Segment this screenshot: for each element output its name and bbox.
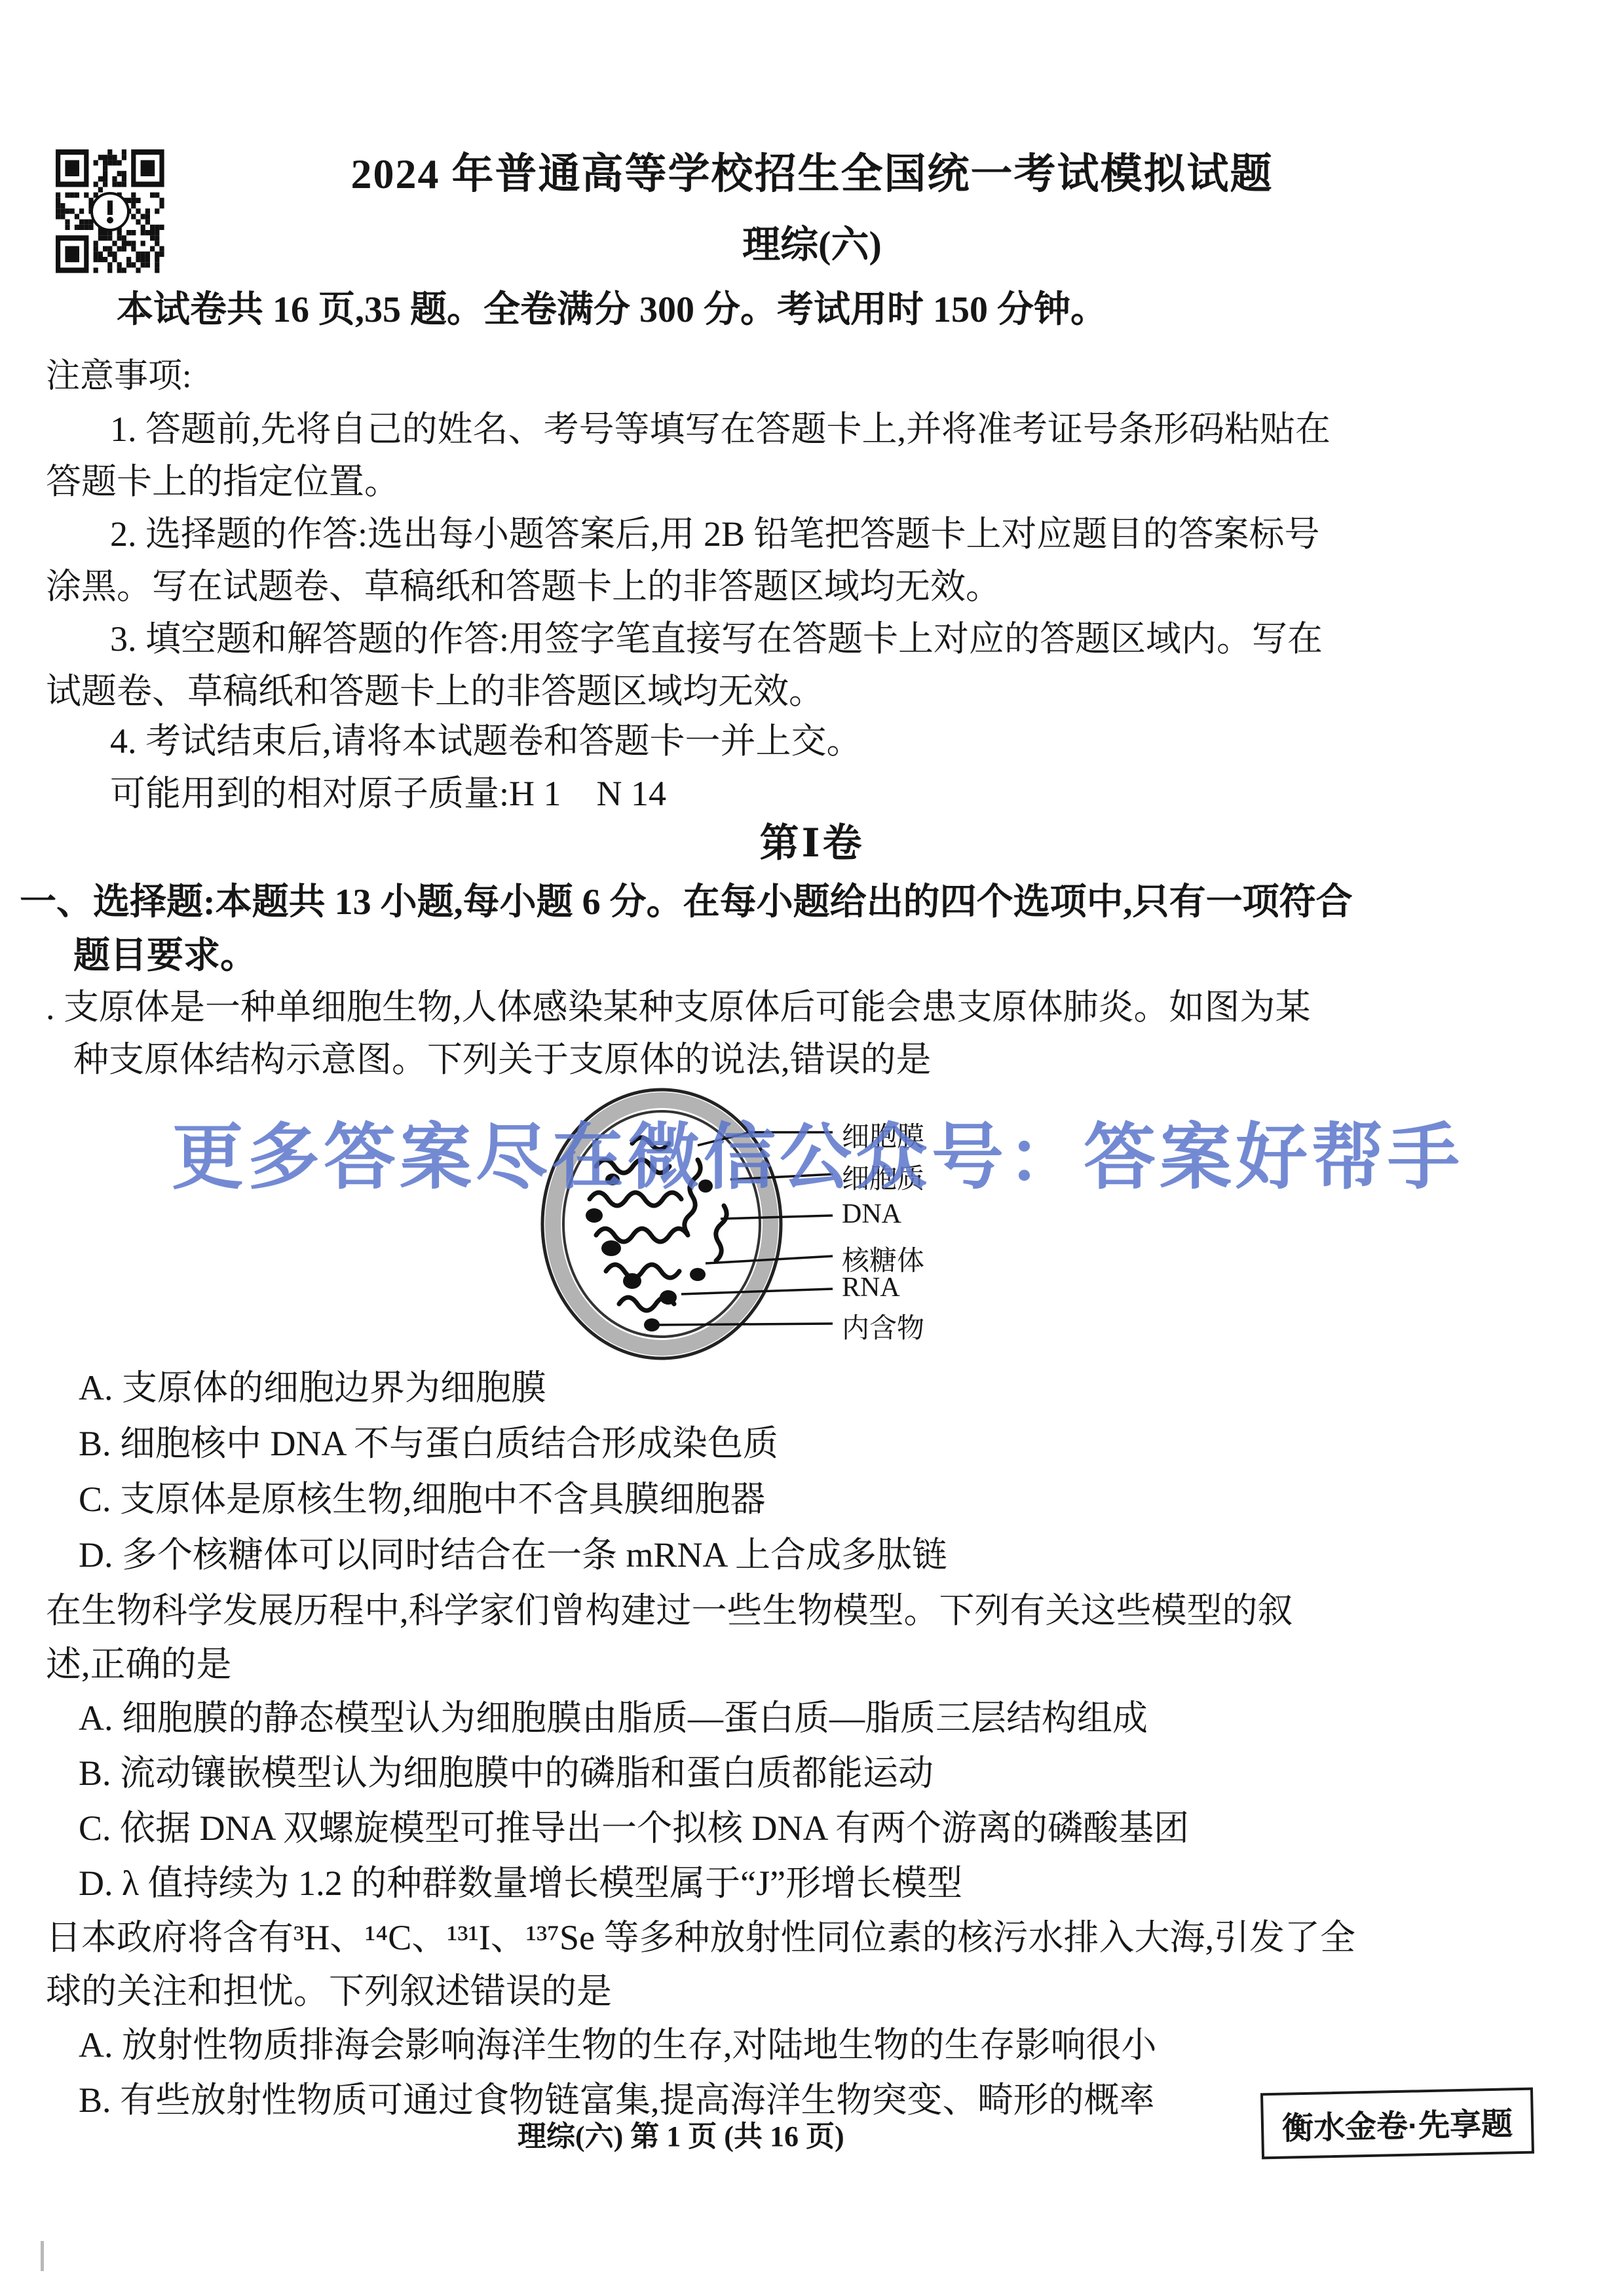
watermark-text: 更多答案尽在微信公众号：答案好帮手 (172, 1100, 1463, 1203)
notice-3-line-1: 3. 填空题和解答题的作答:用签字笔直接写在答题卡上对应的答题区域内。写在 (110, 617, 1323, 662)
question-3-stem-line-1: 日本政府将含有³H、¹⁴C、¹³¹I、¹³⁷Se 等多种放射性同位素的核污水排入… (46, 1916, 1355, 1961)
notice-2-line-1: 2. 选择题的作答:选出每小题答案后,用 2B 铅笔把答题卡上对应题目的答案标号 (110, 512, 1320, 557)
notice-2-line-2: 涂黑。写在试题卷、草稿纸和答题卡上的非答题区域均无效。 (46, 565, 1001, 609)
question-1-option-d: D. 多个核糖体可以同时结合在一条 mRNA 上合成多肽链 (79, 1533, 947, 1578)
page-subtitle: 理综(六) (0, 221, 1624, 269)
section-heading: 第Ⅰ卷 (0, 819, 1624, 868)
footer-page-info: 理综(六) 第 1 页 (共 16 页) (518, 2113, 844, 2154)
diagram-label-rna: RNA (842, 1272, 900, 1303)
notice-1-line-1: 1. 答题前,先将自己的姓名、考号等填写在答题卡上,并将准考证号条形码粘贴在 (110, 408, 1331, 452)
notice-4-line-1: 4. 考试结束后,请将本试题卷和答题卡一并上交。 (110, 719, 862, 764)
question-1-option-c: C. 支原体是原核生物,细胞中不含具膜细胞器 (79, 1478, 766, 1522)
question-1-option-b: B. 细胞核中 DNA 不与蛋白质结合形成染色质 (79, 1422, 778, 1466)
question-3-option-a: A. 放射性物质排海会影响海洋生物的生存,对陆地生物的生存影响很小 (79, 2023, 1157, 2068)
atomic-mass-note: 可能用到的相对原子质量:H 1 N 14 (110, 772, 666, 816)
footer-brand-badge: 衡水金卷·先享题 (1260, 2088, 1534, 2160)
exam-info: 本试卷共 16 页,35 题。全卷满分 300 分。考试用时 150 分钟。 (117, 287, 1107, 333)
question-2-option-c: C. 依据 DNA 双螺旋模型可推导出一个拟核 DNA 有两个游离的磷酸基团 (79, 1807, 1189, 1851)
diagram-label-inclusion: 内含物 (842, 1307, 924, 1346)
question-1-stem-line-2: 种支原体结构示意图。下列关于支原体的说法,错误的是 (73, 1038, 932, 1082)
mc-header-line-2: 题目要求。 (73, 933, 257, 979)
question-2-option-a: A. 细胞膜的静态模型认为细胞膜由脂质—蛋白质—脂质三层结构组成 (79, 1696, 1148, 1741)
notice-heading: 注意事项: (46, 355, 191, 398)
scan-artifact (41, 2241, 44, 2271)
diagram-label-dna: DNA (842, 1198, 901, 1230)
question-2-option-b: B. 流动镶嵌模型认为细胞膜中的磷脂和蛋白质都能运动 (79, 1751, 934, 1796)
question-1-option-a: A. 支原体的细胞边界为细胞膜 (79, 1366, 546, 1411)
exam-paper-page: 2024 年普通高等学校招生全国统一考试模拟试题 理综(六) 本试卷共 16 页… (0, 0, 1624, 2296)
qr-code (56, 149, 164, 274)
question-2-stem-line-2: 述,正确的是 (46, 1643, 232, 1687)
page-title: 2024 年普通高等学校招生全国统一考试模拟试题 (0, 148, 1624, 201)
question-2-option-d: D. λ 值持续为 1.2 的种群数量增长模型属于“J”形增长模型 (79, 1862, 962, 1906)
notice-3-line-2: 试题卷、草稿纸和答题卡上的非答题区域均无效。 (46, 670, 824, 714)
question-1-stem-line-1: . 支原体是一种单细胞生物,人体感染某种支原体后可能会患支原体肺炎。如图为某 (46, 985, 1311, 1030)
notice-1-line-2: 答题卡上的指定位置。 (46, 460, 400, 505)
question-2-stem-line-1: 在生物科学发展历程中,科学家们曾构建过一些生物模型。下列有关这些模型的叙 (46, 1589, 1293, 1634)
question-3-stem-line-2: 球的关注和担忧。下列叙述错误的是 (46, 1970, 612, 2014)
mc-header-line-1: 一、选择题:本题共 13 小题,每小题 6 分。在每小题给出的四个选项中,只有一… (20, 879, 1353, 925)
